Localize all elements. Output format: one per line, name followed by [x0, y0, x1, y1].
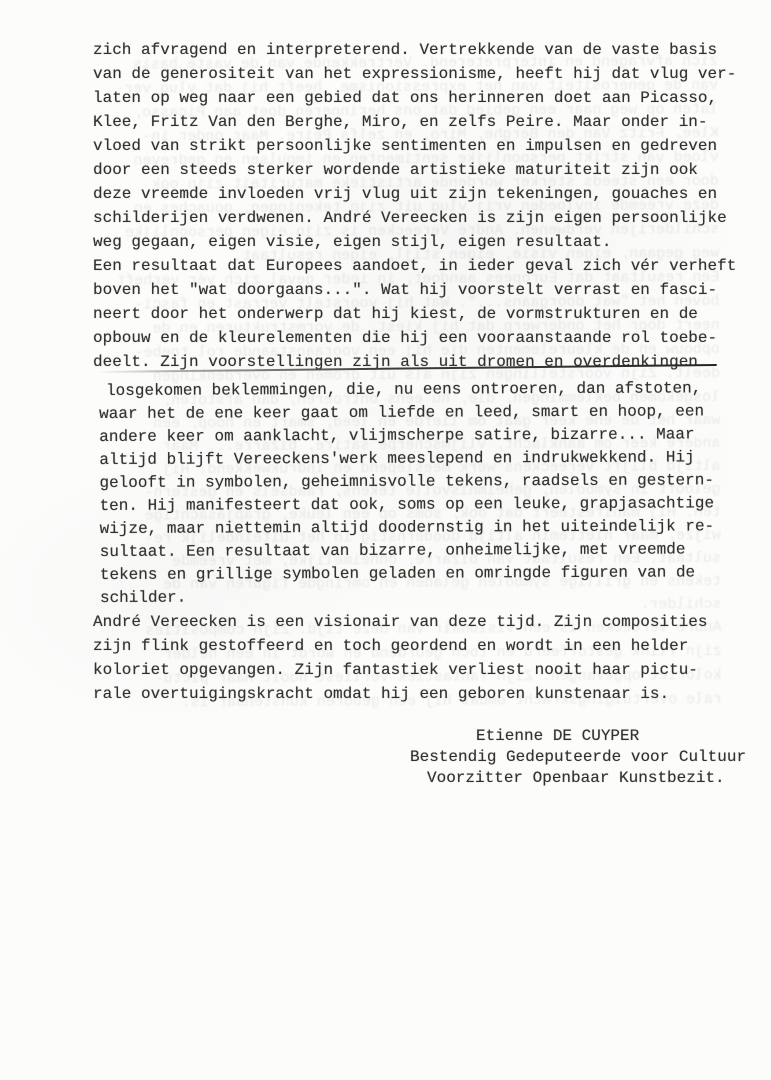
- text-line: neert door het onderwerp dat hij kiest, …: [93, 302, 759, 326]
- text-line: tekens en grillige symbolen geladen en o…: [100, 561, 760, 587]
- text-line: rale overtuigingskracht omdat hij een ge…: [93, 682, 759, 706]
- text-line: boven het "wat doorgaans...". Wat hij vo…: [93, 278, 759, 302]
- document-body: zich afvragend en interpreterend. Vertre…: [93, 38, 759, 789]
- text-line: opbouw en de kleurelementen die hij een …: [93, 326, 759, 350]
- text-line: deze vreemde invloeden vrij vlug uit zij…: [93, 182, 759, 206]
- text-line: Klee, Fritz Van den Berghe, Miro, en zel…: [93, 110, 759, 134]
- paragraph-lower: André Vereecken is een visionair van dez…: [93, 610, 759, 706]
- text-line: vloed van strikt persoonlijke sentimente…: [93, 134, 759, 158]
- text-line: zich afvragend en interpreterend. Vertre…: [93, 38, 759, 62]
- paragraph-upper: zich afvragend en interpreterend. Vertre…: [93, 38, 759, 374]
- text-line: waar het de ene keer gaat om liefde en l…: [99, 400, 759, 426]
- text-line: zijn flink gestoffeerd en toch geordend …: [93, 634, 759, 658]
- scanned-document-page: zich afvragend en interpreterend. Vertre…: [0, 0, 771, 1080]
- text-line: losgekomen beklemmingen, die, nu eens on…: [99, 377, 759, 403]
- text-line: sultaat. Een resultaat van bizarre, onhe…: [100, 538, 760, 564]
- text-line: wijze, maar niettemin altijd doodernstig…: [100, 515, 760, 541]
- signature-name: Etienne DE CUYPER: [410, 726, 759, 747]
- text-line: altijd blijft Vereeckens'werk meeslepend…: [99, 446, 759, 472]
- text-line: schilderijen verdwenen. André Vereecken …: [93, 206, 759, 230]
- text-line: Een resultaat dat Europees aandoet, in i…: [93, 254, 759, 278]
- text-line: schilder.: [100, 584, 760, 610]
- text-line: koloriet opgevangen. Zijn fantastiek ver…: [93, 658, 759, 682]
- text-line: laten op weg naar een gebied dat ons her…: [93, 86, 759, 110]
- signature-title-chairman: Voorzitter Openbaar Kunstbezit.: [410, 768, 759, 789]
- pasted-correction-strip: losgekomen beklemmingen, die, nu eens on…: [99, 377, 760, 610]
- text-line: weg gegaan, eigen visie, eigen stijl, ei…: [93, 230, 759, 254]
- text-line: ten. Hij manifesteert dat ook, soms op e…: [100, 492, 760, 518]
- signature-title-deputy: Bestendig Gedeputeerde voor Cultuur: [410, 747, 759, 768]
- text-line: andere keer om aanklacht, vlijmscherpe s…: [99, 423, 759, 449]
- text-line: van de generositeit van het expressionis…: [93, 62, 759, 86]
- text-line: gelooft in symbolen, geheimnisvolle teke…: [99, 469, 759, 495]
- text-line: door een steeds sterker wordende artisti…: [93, 158, 759, 182]
- signature-block: Etienne DE CUYPER Bestendig Gedeputeerde…: [410, 726, 759, 789]
- text-line: André Vereecken is een visionair van dez…: [93, 610, 759, 634]
